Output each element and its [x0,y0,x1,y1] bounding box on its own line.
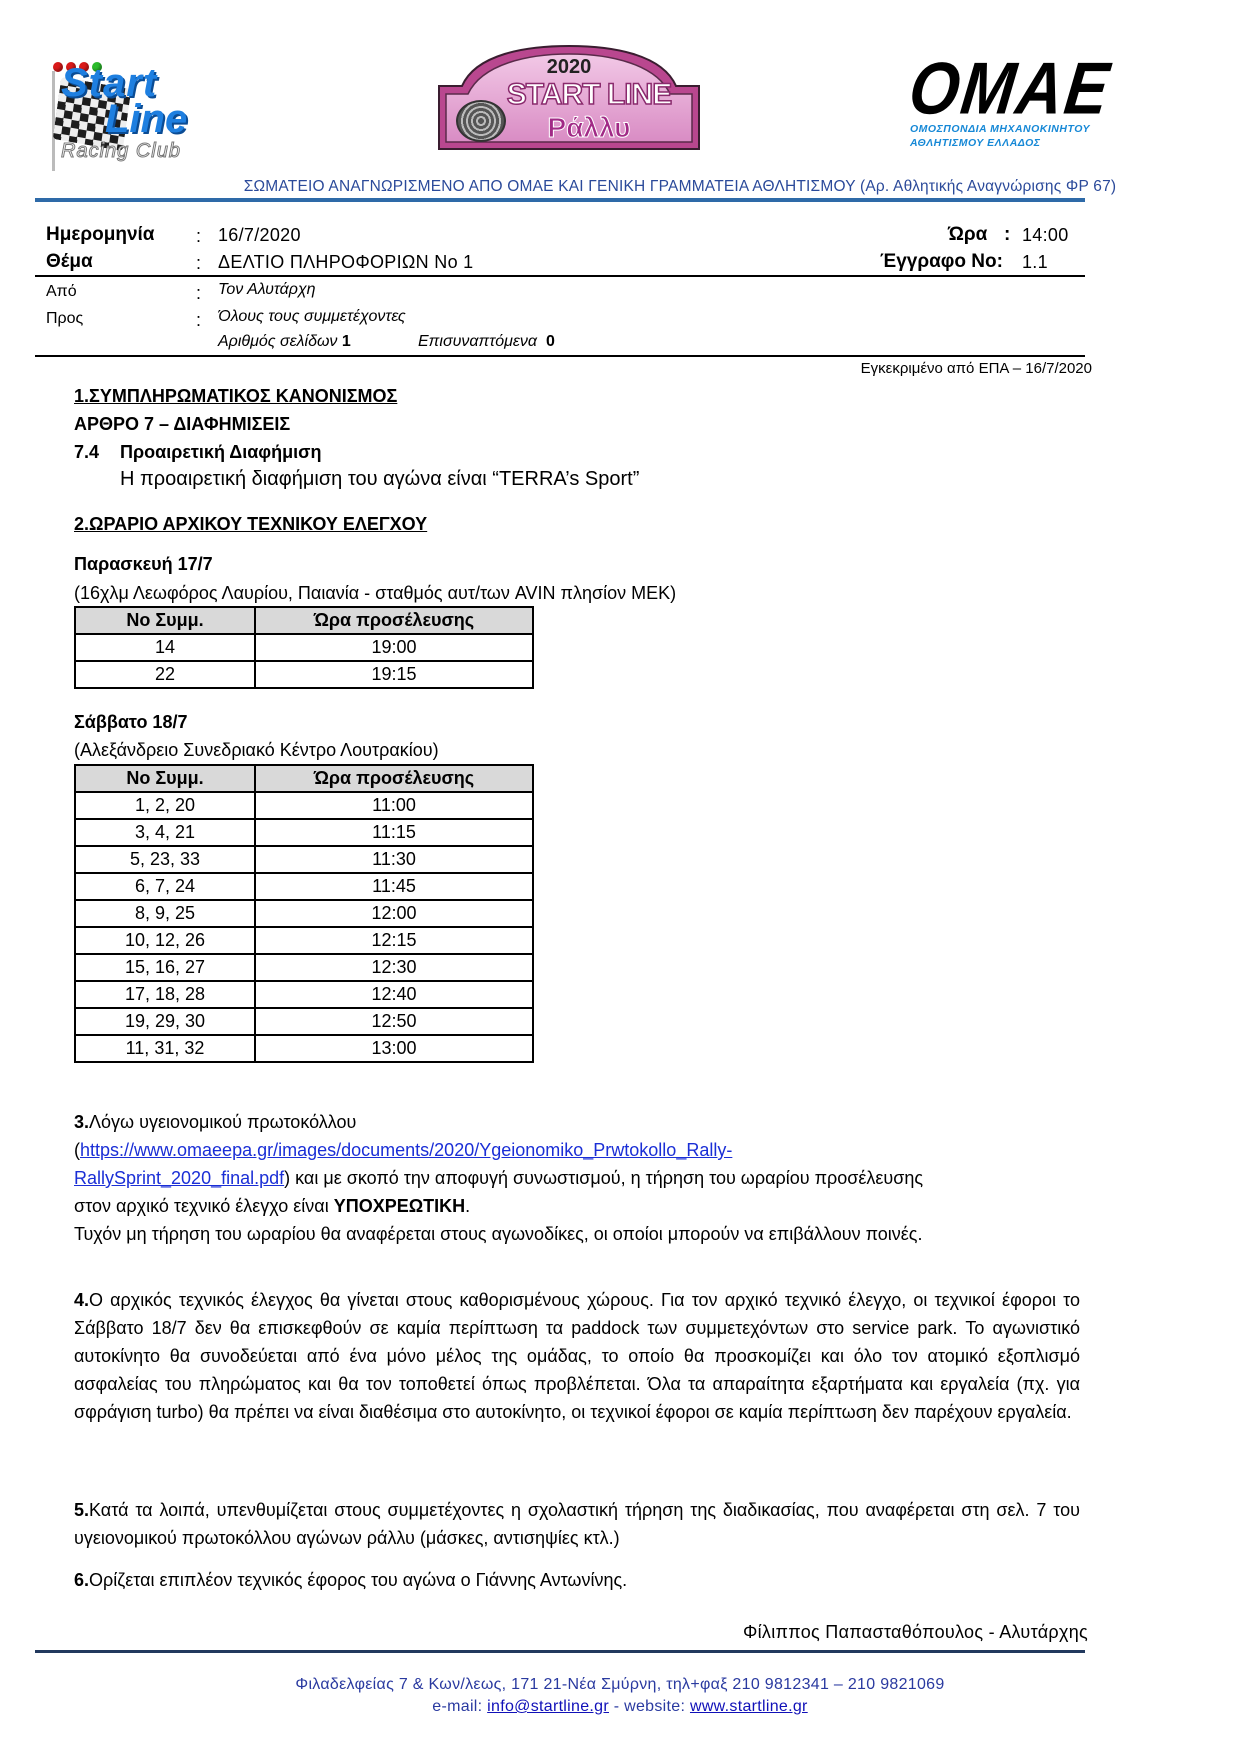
table-header-row: Νο Συμμ. Ώρα προσέλευσης [75,765,533,792]
header-divider [35,198,1085,202]
section-3-intro: Λόγω υγειονομικού πρωτοκόλλου [89,1112,356,1132]
car-numbers-cell: 15, 16, 27 [75,954,255,981]
section-3-mandatory-emphasis: ΥΠΟΧΡΕΩΤΙΚΗ [334,1196,465,1216]
table-row: 11, 31, 3213:00 [75,1035,533,1062]
section-1-sub-number: 7.4 [74,442,99,463]
time-colon: : [1004,224,1010,246]
signature: Φίλιππος Παπασταθόπουλος - Αλυτάρχης [743,1622,1088,1643]
table-row: 19, 29, 3012:50 [75,1008,533,1035]
omae-logo: ΟΜΑΕ ΟΜΟΣΠΟΝΔΙΑ ΜΗΧΑΝΟΚΙΝΗΤΟΥ ΑΘΛΗΤΙΣΜΟΥ… [900,60,1100,150]
friday-day-label: Παρασκευή 17/7 [74,554,213,575]
friday-location: (16χλμ Λεωφόρος Λαυρίου, Παιανία - σταθμ… [74,583,676,604]
arrival-time-cell: 11:45 [255,873,533,900]
friday-schedule-table: Νο Συμμ. Ώρα προσέλευσης 1419:002219:15 [74,606,534,689]
from-label: Από [46,283,77,301]
arrival-time-cell: 12:40 [255,981,533,1008]
section-4-number: 4. [74,1290,89,1310]
section-1-text: Η προαιρετική διαφήμιση του αγώνα είναι … [120,468,639,491]
section-1-title: 1.ΣΥΜΠΛΗΡΩΜΑΤΙΚΟΣ ΚΑΝΟΝΙΣΜΟΣ [74,386,397,407]
arrival-time-cell: 11:30 [255,846,533,873]
section-2-title: 2.ΩΡΑΡΙΟ ΑΡΧΙΚΟΥ ΤΕΧΝΙΚΟΥ ΕΛΕΓΧΟΥ [74,514,427,535]
saturday-day-label: Σάββατο 18/7 [74,712,187,733]
arrival-time-cell: 12:00 [255,900,533,927]
section-1-sub-title: Προαιρετική Διαφήμιση [120,442,321,463]
approval-note: Εγκεκριμένο από ΕΠΑ – 16/7/2020 [861,360,1092,377]
to-colon: : [196,310,201,331]
section-4: 4.Ο αρχικός τεχνικός έλεγχος θα γίνεται … [74,1286,1080,1426]
arrival-time-cell: 12:15 [255,927,533,954]
club-recognition-text: ΣΩΜΑΤΕΙΟ ΑΝΑΓΝΩΡΙΣΜΕΝΟ ΑΠΟ ΟΜΑΕ ΚΑΙ ΓΕΝΙ… [244,178,1117,195]
car-numbers-cell: 17, 18, 28 [75,981,255,1008]
omae-wordmark: ΟΜΑΕ [906,51,1115,125]
meta-divider-bottom [35,355,1085,357]
column-header-car-number: Νο Συμμ. [75,607,255,634]
attachments-info: Επισυναπτόμενα 0 [418,333,555,351]
column-header-car-number: Νο Συμμ. [75,765,255,792]
table-row: 8, 9, 2512:00 [75,900,533,927]
from-colon: : [196,283,201,304]
arrival-time-cell: 13:00 [255,1035,533,1062]
car-numbers-cell: 8, 9, 25 [75,900,255,927]
arrival-time-cell: 11:00 [255,792,533,819]
attachments-value: 0 [546,333,555,350]
footer-address: Φιλαδελφείας 7 & Κων/λεως, 171 21-Νέα Σμ… [0,1676,1240,1694]
omae-subtitle-2: ΑΘΛΗΤΙΣΜΟΥ ΕΛΛΑΔΟΣ [910,138,1040,149]
table-row: 5, 23, 3311:30 [75,846,533,873]
time-label: Ώρα [948,224,987,246]
car-numbers-cell: 5, 23, 33 [75,846,255,873]
table-row: 6, 7, 2411:45 [75,873,533,900]
plate-year: 2020 [436,56,702,79]
section-6: 6.Ορίζεται επιπλέον τεχνικός έφορος του … [74,1566,1080,1594]
pages-label: Αριθμός σελίδων [218,333,337,350]
section-3-line3-text: στον αρχικό τεχνικό έλεγχο είναι [74,1196,334,1216]
startline-rally-2020-plate-logo: 2020 START LINE Ράλλυ [436,42,702,152]
document-number-label: Έγγραφο Νο: [880,251,1003,273]
logo-word-racing-club: Racing Club [61,141,181,161]
pages-info: Αριθμός σελίδων 1 [218,333,351,351]
footer-divider [35,1650,1085,1653]
section-3-penalty: Τυχόν μη τήρηση του ωραρίου θα αναφέρετα… [74,1220,1034,1248]
section-3-link-line: (https://www.omaeepa.gr/images/documents… [74,1136,1084,1164]
subject-label: Θέμα [46,251,93,273]
health-protocol-link-part-2[interactable]: RallySprint_2020_final.pdf [74,1168,284,1188]
plate-title: START LINE [436,78,702,112]
from-value: Τον Αλυτάρχη [218,281,316,299]
section-1-article: ΑΡΘΡΟ 7 – ΔΙΑΦΗΜΙΣΕΙΣ [74,414,290,435]
section-4-text: Ο αρχικός τεχνικός έλεγχος θα γίνεται στ… [74,1290,1080,1422]
arrival-time-cell: 11:15 [255,819,533,846]
saturday-schedule-table: Νο Συμμ. Ώρα προσέλευσης 1, 2, 2011:003,… [74,764,534,1063]
club-recognition-statement: ΣΩΜΑΤΕΙΟ ΑΝΑΓΝΩΡΙΣΜΕΝΟ ΑΠΟ ΟΜΑΕ ΚΑΙ ΓΕΝΙ… [0,178,1240,196]
section-3-text-after-link: ) και με σκοπό την αποφυγή συνωστισμού, … [284,1168,923,1188]
date-value: 16/7/2020 [218,225,301,246]
section-3: 3.Λόγω υγειονομικού πρωτοκόλλου (https:/… [74,1108,1084,1248]
plate-subtitle: Ράλλυ [436,112,702,144]
date-label: Ημερομηνία [46,224,154,246]
column-header-arrival-time: Ώρα προσέλευσης [255,607,533,634]
table-row: 3, 4, 2111:15 [75,819,533,846]
meta-divider-top [35,275,1085,277]
arrival-time-cell: 19:00 [255,634,533,661]
arrival-time-cell: 19:15 [255,661,533,688]
car-numbers-cell: 19, 29, 30 [75,1008,255,1035]
section-5: 5.Κατά τα λοιπά, υπενθυμίζεται στους συμ… [74,1496,1080,1552]
table-row: 1419:00 [75,634,533,661]
to-label: Προς [46,310,83,328]
car-numbers-cell: 10, 12, 26 [75,927,255,954]
health-protocol-link-part-1[interactable]: https://www.omaeepa.gr/images/documents/… [80,1140,732,1160]
document-number-value: 1.1 [1022,252,1048,273]
footer-email-label: e-mail: [432,1698,487,1715]
arrival-time-cell: 12:50 [255,1008,533,1035]
table-row: 17, 18, 2812:40 [75,981,533,1008]
car-numbers-cell: 6, 7, 24 [75,873,255,900]
arrival-time-cell: 12:30 [255,954,533,981]
section-5-number: 5. [74,1500,89,1520]
section-3-number: 3. [74,1112,89,1132]
section-3-link-continuation: RallySprint_2020_final.pdf) και με σκοπό… [74,1164,1084,1192]
date-colon: : [196,226,201,247]
car-numbers-cell: 1, 2, 20 [75,792,255,819]
column-header-arrival-time: Ώρα προσέλευσης [255,765,533,792]
attachments-label: Επισυναπτόμενα [418,333,537,350]
subject-colon: : [196,253,201,274]
time-value: 14:00 [1022,225,1069,246]
logo-word-line: Line [105,99,187,139]
section-3-intro-line: 3.Λόγω υγειονομικού πρωτοκόλλου [74,1108,1084,1136]
table-row: 2219:15 [75,661,533,688]
table-row: 15, 16, 2712:30 [75,954,533,981]
footer-separator: - website: [609,1698,690,1715]
car-numbers-cell: 11, 31, 32 [75,1035,255,1062]
pages-value: 1 [342,333,351,350]
footer-email-link[interactable]: info@startline.gr [487,1698,609,1715]
car-numbers-cell: 3, 4, 21 [75,819,255,846]
to-value: Όλους τους συμμετέχοντες [218,308,406,326]
section-6-text: Ορίζεται επιπλέον τεχνικός έφορος του αγ… [89,1570,627,1590]
footer-website-link[interactable]: www.startline.gr [690,1698,808,1715]
table-row: 1, 2, 2011:00 [75,792,533,819]
section-3-period: . [465,1196,470,1216]
table-row: 10, 12, 2612:15 [75,927,533,954]
footer-contact: e-mail: info@startline.gr - website: www… [0,1698,1240,1716]
section-5-text: Κατά τα λοιπά, υπενθυμίζεται στους συμμε… [74,1500,1080,1548]
startline-racing-club-logo: Start Line Racing Club [45,55,235,175]
omae-subtitle-1: ΟΜΟΣΠΟΝΔΙΑ ΜΗΧΑΝΟΚΙΝΗΤΟΥ [910,124,1090,135]
saturday-location: (Αλεξάνδρειο Συνεδριακό Κέντρο Λουτρακίο… [74,740,439,761]
car-numbers-cell: 22 [75,661,255,688]
section-6-number: 6. [74,1570,89,1590]
section-3-mandatory-line: στον αρχικό τεχνικό έλεγχο είναι ΥΠΟΧΡΕΩ… [74,1192,1084,1220]
car-numbers-cell: 14 [75,634,255,661]
table-header-row: Νο Συμμ. Ώρα προσέλευσης [75,607,533,634]
subject-value: ΔΕΛΤΙΟ ΠΛΗΡΟΦΟΡΙΩΝ Νο 1 [218,252,474,273]
